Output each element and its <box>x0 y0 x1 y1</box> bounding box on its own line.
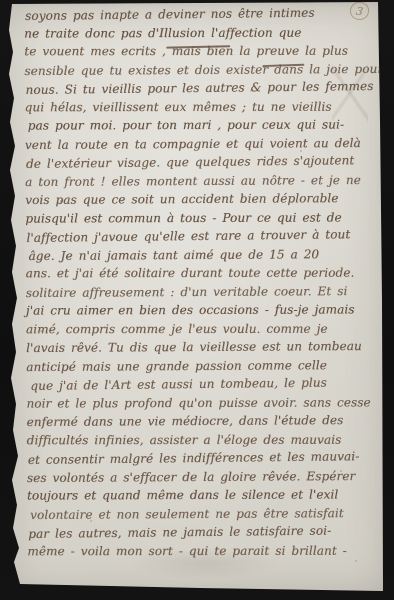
handwriting-line: difficultés infinies, assister a l'éloge… <box>27 430 383 449</box>
paper-specks <box>0 0 2 2</box>
handwriting-line: ne traite donc pas d'Illusion l'affectio… <box>24 23 380 43</box>
handwriting-line: enfermé dans une vie médiocre, dans l'ét… <box>26 411 382 432</box>
manuscript-page: 3 soyons pas inapte a deviner nos être i… <box>0 0 394 600</box>
handwriting-line: l'avais rêvé. Tu dis que la vieillesse e… <box>26 337 382 358</box>
handwriting-line: noir et le plus profond qu'on puisse avo… <box>26 393 382 413</box>
paper-stain <box>130 548 280 580</box>
handwriting-line: par les autres, mais ne jamais le satisf… <box>28 521 384 544</box>
ink-showthrough <box>332 58 368 128</box>
photo-background: 3 soyons pas inapte a deviner nos être i… <box>0 0 394 600</box>
handwriting-line: qui hélas, vieillissent eux mêmes ; tu n… <box>25 97 381 116</box>
handwriting-line: âge. Je n'ai jamais tant aimé que de 15 … <box>25 244 381 265</box>
handwriting-line: te vouent mes ecrits , mais bien la preu… <box>24 42 380 61</box>
handwriting-line: ses volontés a s'effacer de la gloire rê… <box>27 466 383 487</box>
handwriting-line: a ton front ! elles montent aussi au nôt… <box>25 170 381 191</box>
handwriting-line: vois pas que ce soit un accident bien dé… <box>25 189 381 210</box>
handwriting-text: soyons pas inapte a deviner nos être int… <box>24 4 383 561</box>
handwriting-line: j'ai cru aimer en bien des occasions - f… <box>26 300 382 320</box>
handwriting-line: soyons pas inapte a deviner nos être int… <box>25 3 381 26</box>
handwriting-line: nous. Si tu vieillis pour les autres & p… <box>25 77 381 100</box>
handwriting-line: que j'ai de l'Art est aussi un tombeau, … <box>27 373 383 396</box>
handwriting-line: pas pour moi. pour ton mari , pour ceux … <box>25 115 381 135</box>
handwriting-line: ans. et j'ai été solitaire durant toute … <box>26 264 382 283</box>
handwriting-line: toujours et quand même dans le silence e… <box>27 485 383 505</box>
handwriting-line: aimé, compris comme je l'eus voulu. comm… <box>26 319 382 338</box>
handwriting-line: solitaire affreusement : d'un veritable … <box>26 281 382 302</box>
